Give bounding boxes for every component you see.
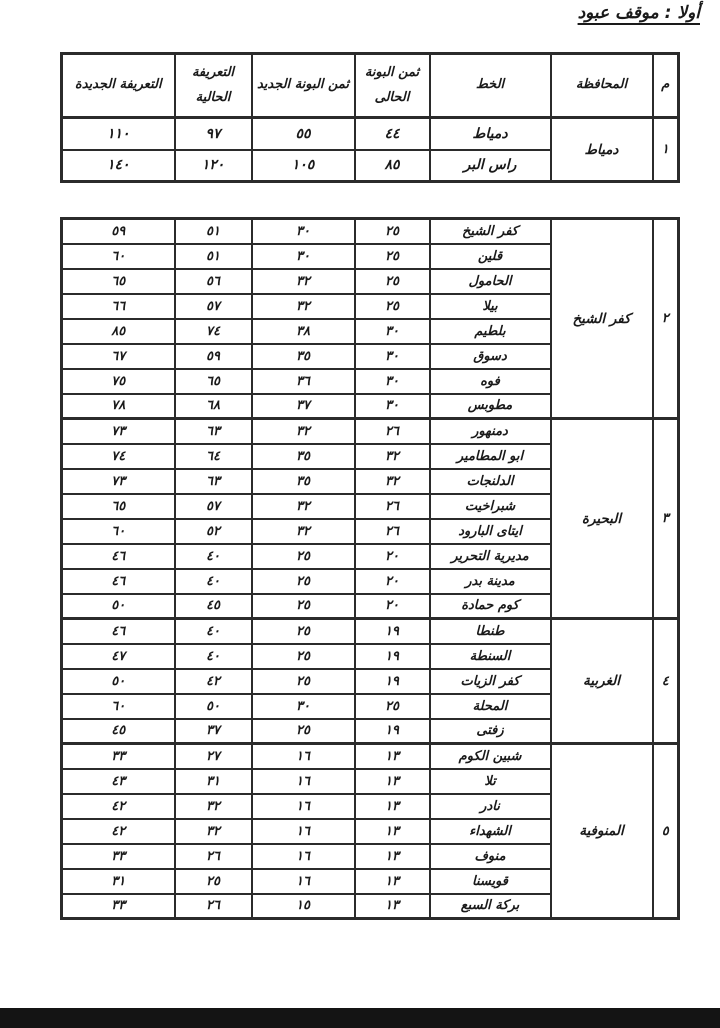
line-cell: دمنهور bbox=[430, 419, 551, 444]
current-coupon-cell: ٢٥ bbox=[355, 269, 430, 294]
table-row: ٥المنوفيةشبين الكوم١٣١٦٢٧٣٣ bbox=[62, 744, 679, 769]
new-tariff-cell: ٦٠ bbox=[62, 244, 175, 269]
current-coupon-cell: ١٩ bbox=[355, 719, 430, 744]
new-tariff-cell: ١٤٠ bbox=[62, 150, 175, 182]
damietta-tariff-table: م المحافظة الخط ثمن البونة الحالى ثمن ال… bbox=[60, 52, 680, 183]
index-cell: ١ bbox=[653, 118, 679, 182]
current-tariff-cell: ٢٦ bbox=[175, 894, 252, 919]
new-tariff-cell: ٧٣ bbox=[62, 419, 175, 444]
index-cell: ٣ bbox=[653, 419, 679, 619]
current-tariff-cell: ٣٢ bbox=[175, 819, 252, 844]
header-current-coupon: ثمن البونة الحالى bbox=[355, 54, 430, 118]
current-coupon-cell: ٣٠ bbox=[355, 344, 430, 369]
current-tariff-cell: ٥١ bbox=[175, 219, 252, 244]
new-tariff-cell: ٦٧ bbox=[62, 344, 175, 369]
new-coupon-cell: ٢٥ bbox=[252, 544, 355, 569]
new-tariff-cell: ٥٩ bbox=[62, 219, 175, 244]
current-coupon-cell: ٣٠ bbox=[355, 319, 430, 344]
current-tariff-cell: ٦٣ bbox=[175, 469, 252, 494]
table-row: ٢كفر الشيخكفر الشيخ٢٥٣٠٥١٥٩ bbox=[62, 219, 679, 244]
current-coupon-cell: ٢٥ bbox=[355, 294, 430, 319]
new-coupon-cell: ١٦ bbox=[252, 744, 355, 769]
new-coupon-cell: ٢٥ bbox=[252, 669, 355, 694]
new-coupon-cell: ١٦ bbox=[252, 869, 355, 894]
index-cell: ٢ bbox=[653, 219, 679, 419]
governorate-cell: البحيرة bbox=[551, 419, 653, 619]
current-tariff-cell: ٤٢ bbox=[175, 669, 252, 694]
current-coupon-cell: ١٣ bbox=[355, 894, 430, 919]
current-coupon-cell: ١٣ bbox=[355, 769, 430, 794]
governorate-cell: كفر الشيخ bbox=[551, 219, 653, 419]
line-cell: مدينة بدر bbox=[430, 569, 551, 594]
new-coupon-cell: ١٦ bbox=[252, 794, 355, 819]
line-cell: بلطيم bbox=[430, 319, 551, 344]
current-coupon-cell: ٢٦ bbox=[355, 519, 430, 544]
current-tariff-cell: ٥٠ bbox=[175, 694, 252, 719]
current-tariff-cell: ١٢٠ bbox=[175, 150, 252, 182]
new-coupon-cell: ١٦ bbox=[252, 769, 355, 794]
new-coupon-cell: ٣٥ bbox=[252, 344, 355, 369]
governorate-cell: الغربية bbox=[551, 619, 653, 744]
current-coupon-cell: ٣٠ bbox=[355, 369, 430, 394]
index-cell: ٥ bbox=[653, 744, 679, 919]
line-cell: ابو المطامير bbox=[430, 444, 551, 469]
new-tariff-cell: ٧٤ bbox=[62, 444, 175, 469]
new-tariff-cell: ٣١ bbox=[62, 869, 175, 894]
current-tariff-cell: ٣١ bbox=[175, 769, 252, 794]
new-tariff-cell: ٧٥ bbox=[62, 369, 175, 394]
new-coupon-cell: ١٦ bbox=[252, 844, 355, 869]
new-coupon-cell: ٢٥ bbox=[252, 619, 355, 644]
table-row: ٣البحيرةدمنهور٢٦٣٢٦٣٧٣ bbox=[62, 419, 679, 444]
current-tariff-cell: ٤٠ bbox=[175, 619, 252, 644]
current-coupon-cell: ٢٠ bbox=[355, 594, 430, 619]
line-cell: ايتاى البارود bbox=[430, 519, 551, 544]
current-coupon-cell: ٣٠ bbox=[355, 394, 430, 419]
line-cell: دسوق bbox=[430, 344, 551, 369]
new-coupon-cell: ٢٥ bbox=[252, 594, 355, 619]
current-coupon-cell: ٤٤ bbox=[355, 118, 430, 150]
new-coupon-cell: ٣٨ bbox=[252, 319, 355, 344]
table-row: ٤الغربيةطنطا١٩٢٥٤٠٤٦ bbox=[62, 619, 679, 644]
line-cell: زفتى bbox=[430, 719, 551, 744]
line-cell: نادر bbox=[430, 794, 551, 819]
current-coupon-cell: ٢٥ bbox=[355, 219, 430, 244]
new-tariff-cell: ٧٣ bbox=[62, 469, 175, 494]
current-tariff-cell: ٥٦ bbox=[175, 269, 252, 294]
line-cell: طنطا bbox=[430, 619, 551, 644]
new-tariff-cell: ٤٢ bbox=[62, 819, 175, 844]
line-cell: مطوبس bbox=[430, 394, 551, 419]
new-tariff-cell: ٧٨ bbox=[62, 394, 175, 419]
new-tariff-cell: ٦٥ bbox=[62, 494, 175, 519]
current-tariff-cell: ٢٧ bbox=[175, 744, 252, 769]
new-tariff-cell: ٥٠ bbox=[62, 669, 175, 694]
current-coupon-cell: ٣٢ bbox=[355, 469, 430, 494]
new-coupon-cell: ٣٦ bbox=[252, 369, 355, 394]
new-tariff-cell: ٦٠ bbox=[62, 519, 175, 544]
header-new-coupon: ثمن البونة الجديد bbox=[252, 54, 355, 118]
new-coupon-cell: ٣٥ bbox=[252, 469, 355, 494]
new-tariff-cell: ٣٣ bbox=[62, 894, 175, 919]
header-governorate: المحافظة bbox=[551, 54, 653, 118]
new-tariff-cell: ٨٥ bbox=[62, 319, 175, 344]
current-coupon-cell: ٣٢ bbox=[355, 444, 430, 469]
current-tariff-cell: ٢٥ bbox=[175, 869, 252, 894]
line-cell: الشهداء bbox=[430, 819, 551, 844]
current-tariff-cell: ٤٠ bbox=[175, 644, 252, 669]
line-cell: شبراخيت bbox=[430, 494, 551, 519]
new-coupon-cell: ٣٢ bbox=[252, 419, 355, 444]
current-coupon-cell: ١٣ bbox=[355, 844, 430, 869]
current-tariff-cell: ٧٤ bbox=[175, 319, 252, 344]
line-cell: الدلنجات bbox=[430, 469, 551, 494]
new-tariff-cell: ١١٠ bbox=[62, 118, 175, 150]
current-coupon-cell: ٢٠ bbox=[355, 569, 430, 594]
new-coupon-cell: ٢٥ bbox=[252, 644, 355, 669]
current-tariff-cell: ٦٤ bbox=[175, 444, 252, 469]
new-coupon-cell: ١٠٥ bbox=[252, 150, 355, 182]
new-coupon-cell: ٣٠ bbox=[252, 694, 355, 719]
governorate-cell: المنوفية bbox=[551, 744, 653, 919]
line-cell: شبين الكوم bbox=[430, 744, 551, 769]
current-tariff-cell: ٣٢ bbox=[175, 794, 252, 819]
current-tariff-cell: ٦٥ bbox=[175, 369, 252, 394]
new-tariff-cell: ٤٦ bbox=[62, 569, 175, 594]
new-tariff-cell: ٥٠ bbox=[62, 594, 175, 619]
current-tariff-cell: ٤٠ bbox=[175, 544, 252, 569]
current-tariff-cell: ٤٥ bbox=[175, 594, 252, 619]
current-coupon-cell: ٨٥ bbox=[355, 150, 430, 182]
new-coupon-cell: ٣٠ bbox=[252, 219, 355, 244]
new-tariff-cell: ٦٦ bbox=[62, 294, 175, 319]
current-coupon-cell: ١٣ bbox=[355, 744, 430, 769]
new-tariff-cell: ٤٦ bbox=[62, 544, 175, 569]
current-tariff-cell: ٥٧ bbox=[175, 294, 252, 319]
line-cell: الحامول bbox=[430, 269, 551, 294]
line-cell: فوه bbox=[430, 369, 551, 394]
new-coupon-cell: ٣٢ bbox=[252, 269, 355, 294]
line-cell: قلين bbox=[430, 244, 551, 269]
new-coupon-cell: ٣٢ bbox=[252, 519, 355, 544]
new-coupon-cell: ٢٥ bbox=[252, 719, 355, 744]
current-coupon-cell: ١٣ bbox=[355, 794, 430, 819]
new-coupon-cell: ٣٥ bbox=[252, 444, 355, 469]
header-row: م المحافظة الخط ثمن البونة الحالى ثمن ال… bbox=[62, 54, 679, 118]
governorate-cell: دمياط bbox=[551, 118, 653, 182]
new-tariff-cell: ٣٣ bbox=[62, 744, 175, 769]
index-cell: ٤ bbox=[653, 619, 679, 744]
current-tariff-cell: ٦٨ bbox=[175, 394, 252, 419]
line-cell: راس البر bbox=[430, 150, 551, 182]
line-cell: قويسنا bbox=[430, 869, 551, 894]
current-coupon-cell: ٢٠ bbox=[355, 544, 430, 569]
document-title: أولا : موقف عبود bbox=[578, 3, 700, 23]
scan-footer-bar bbox=[0, 1008, 720, 1028]
new-tariff-cell: ٤٢ bbox=[62, 794, 175, 819]
current-coupon-cell: ١٩ bbox=[355, 669, 430, 694]
current-coupon-cell: ٢٦ bbox=[355, 419, 430, 444]
current-coupon-cell: ١٣ bbox=[355, 869, 430, 894]
governorates-tariff-table: ٢كفر الشيخكفر الشيخ٢٥٣٠٥١٥٩قلين٢٥٣٠٥١٦٠ا… bbox=[60, 217, 680, 920]
line-cell: منوف bbox=[430, 844, 551, 869]
current-coupon-cell: ٢٥ bbox=[355, 694, 430, 719]
new-tariff-cell: ٣٣ bbox=[62, 844, 175, 869]
current-coupon-cell: ١٣ bbox=[355, 819, 430, 844]
new-tariff-cell: ٤٥ bbox=[62, 719, 175, 744]
new-coupon-cell: ١٥ bbox=[252, 894, 355, 919]
new-coupon-cell: ٣٠ bbox=[252, 244, 355, 269]
current-coupon-cell: ٢٥ bbox=[355, 244, 430, 269]
header-new-tariff: التعريفة الجديدة bbox=[62, 54, 175, 118]
current-tariff-cell: ٦٣ bbox=[175, 419, 252, 444]
line-cell: المحلة bbox=[430, 694, 551, 719]
scanned-document-page: { "title": "أولا : موقف عبود", "table": … bbox=[0, 0, 720, 1028]
new-tariff-cell: ٦٠ bbox=[62, 694, 175, 719]
header-current-tariff: التعريفة الحالية bbox=[175, 54, 252, 118]
current-tariff-cell: ٥٩ bbox=[175, 344, 252, 369]
header-index: م bbox=[653, 54, 679, 118]
new-coupon-cell: ٣٧ bbox=[252, 394, 355, 419]
current-tariff-cell: ٥١ bbox=[175, 244, 252, 269]
new-coupon-cell: ٣٢ bbox=[252, 294, 355, 319]
new-tariff-cell: ٦٥ bbox=[62, 269, 175, 294]
new-tariff-cell: ٤٣ bbox=[62, 769, 175, 794]
line-cell: كفر الشيخ bbox=[430, 219, 551, 244]
line-cell: تلا bbox=[430, 769, 551, 794]
new-coupon-cell: ١٦ bbox=[252, 819, 355, 844]
current-coupon-cell: ٢٦ bbox=[355, 494, 430, 519]
current-tariff-cell: ٩٧ bbox=[175, 118, 252, 150]
line-cell: كوم حمادة bbox=[430, 594, 551, 619]
line-cell: مديرية التحرير bbox=[430, 544, 551, 569]
new-coupon-cell: ٣٢ bbox=[252, 494, 355, 519]
current-tariff-cell: ٤٠ bbox=[175, 569, 252, 594]
new-tariff-cell: ٤٦ bbox=[62, 619, 175, 644]
header-line: الخط bbox=[430, 54, 551, 118]
line-cell: السنطة bbox=[430, 644, 551, 669]
current-coupon-cell: ١٩ bbox=[355, 619, 430, 644]
new-tariff-cell: ٤٧ bbox=[62, 644, 175, 669]
line-cell: دمياط bbox=[430, 118, 551, 150]
current-tariff-cell: ٢٦ bbox=[175, 844, 252, 869]
current-coupon-cell: ١٩ bbox=[355, 644, 430, 669]
line-cell: بيلا bbox=[430, 294, 551, 319]
line-cell: كفر الزيات bbox=[430, 669, 551, 694]
current-tariff-cell: ٣٧ bbox=[175, 719, 252, 744]
line-cell: بركة السبع bbox=[430, 894, 551, 919]
new-coupon-cell: ٥٥ bbox=[252, 118, 355, 150]
current-tariff-cell: ٥٧ bbox=[175, 494, 252, 519]
new-coupon-cell: ٢٥ bbox=[252, 569, 355, 594]
current-tariff-cell: ٥٢ bbox=[175, 519, 252, 544]
table-row: ١دمياطدمياط٤٤٥٥٩٧١١٠ bbox=[62, 118, 679, 150]
